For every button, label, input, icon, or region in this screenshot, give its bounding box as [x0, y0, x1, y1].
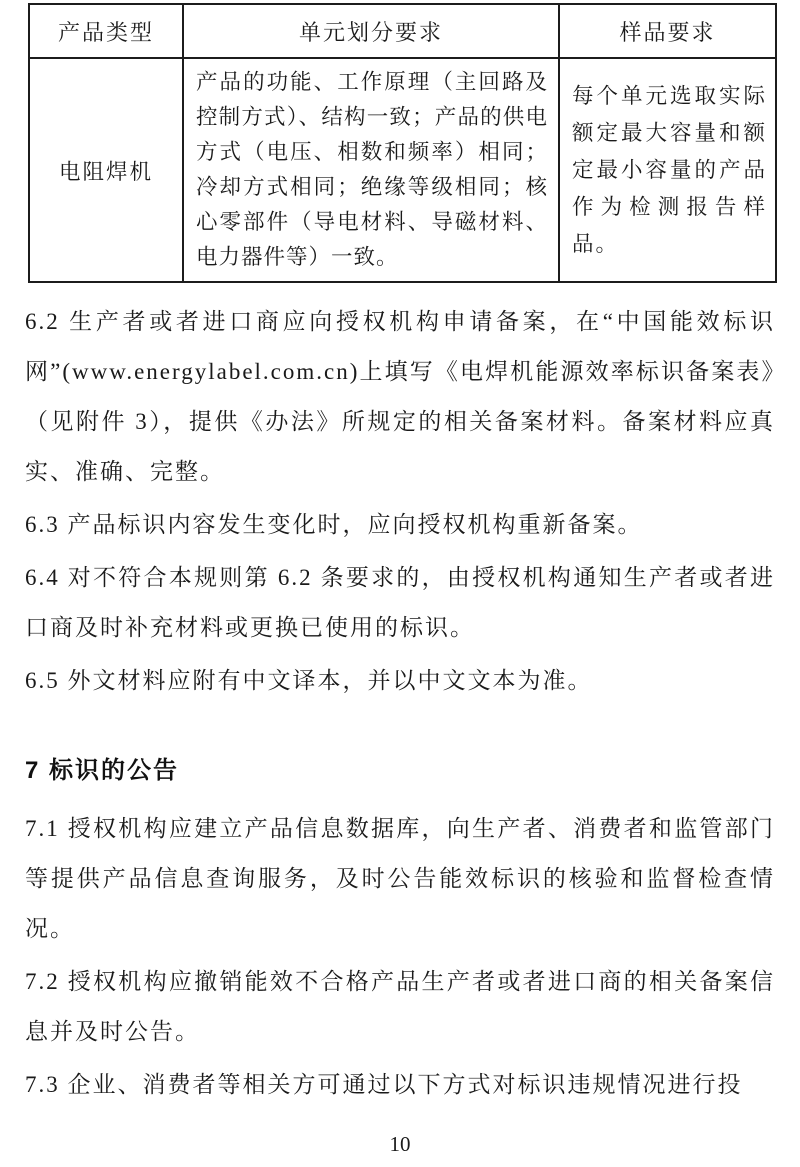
- paragraph-6-2: 6.2 生产者或者进口商应向授权机构申请备案，在“中国能效标识网”(www.en…: [25, 297, 775, 497]
- table-header-unit-division: 单元划分要求: [183, 4, 559, 58]
- table-header-row: 产品类型 单元划分要求 样品要求: [29, 4, 776, 58]
- paragraph-6-3: 6.3 产品标识内容发生变化时，应向授权机构重新备案。: [25, 500, 775, 550]
- section-7-heading: 7 标识的公告: [25, 754, 775, 788]
- document-page: 产品类型 单元划分要求 样品要求 电阻焊机 产品的功能、工作原理（主回路及控制方…: [0, 0, 800, 1167]
- page-number: 10: [0, 1132, 800, 1157]
- paragraph-7-1: 7.1 授权机构应建立产品信息数据库，向生产者、消费者和监管部门等提供产品信息查…: [25, 804, 775, 954]
- paragraph-6-5: 6.5 外文材料应附有中文译本，并以中文文本为准。: [25, 656, 775, 706]
- paragraph-7-2: 7.2 授权机构应撤销能效不合格产品生产者或者进口商的相关备案信息并及时公告。: [25, 957, 775, 1057]
- table-header-product-type: 产品类型: [29, 4, 183, 58]
- table-header-sample-requirement: 样品要求: [559, 4, 776, 58]
- paragraph-7-3: 7.3 企业、消费者等相关方可通过以下方式对标识违规情况进行投: [25, 1060, 775, 1110]
- table-row: 电阻焊机 产品的功能、工作原理（主回路及控制方式）、结构一致；产品的供电方式（电…: [29, 58, 776, 282]
- table-cell-sample-requirement: 每个单元选取实际额定最大容量和额定最小容量的产品作为检测报告样品。: [559, 58, 776, 282]
- product-units-table: 产品类型 单元划分要求 样品要求 电阻焊机 产品的功能、工作原理（主回路及控制方…: [28, 3, 777, 283]
- table-cell-product-type: 电阻焊机: [29, 58, 183, 282]
- table-cell-unit-division: 产品的功能、工作原理（主回路及控制方式）、结构一致；产品的供电方式（电压、相数和…: [183, 58, 559, 282]
- document-body: 6.2 生产者或者进口商应向授权机构申请备案，在“中国能效标识网”(www.en…: [25, 297, 775, 1110]
- paragraph-6-4: 6.4 对不符合本规则第 6.2 条要求的，由授权机构通知生产者或者进口商及时补…: [25, 553, 775, 653]
